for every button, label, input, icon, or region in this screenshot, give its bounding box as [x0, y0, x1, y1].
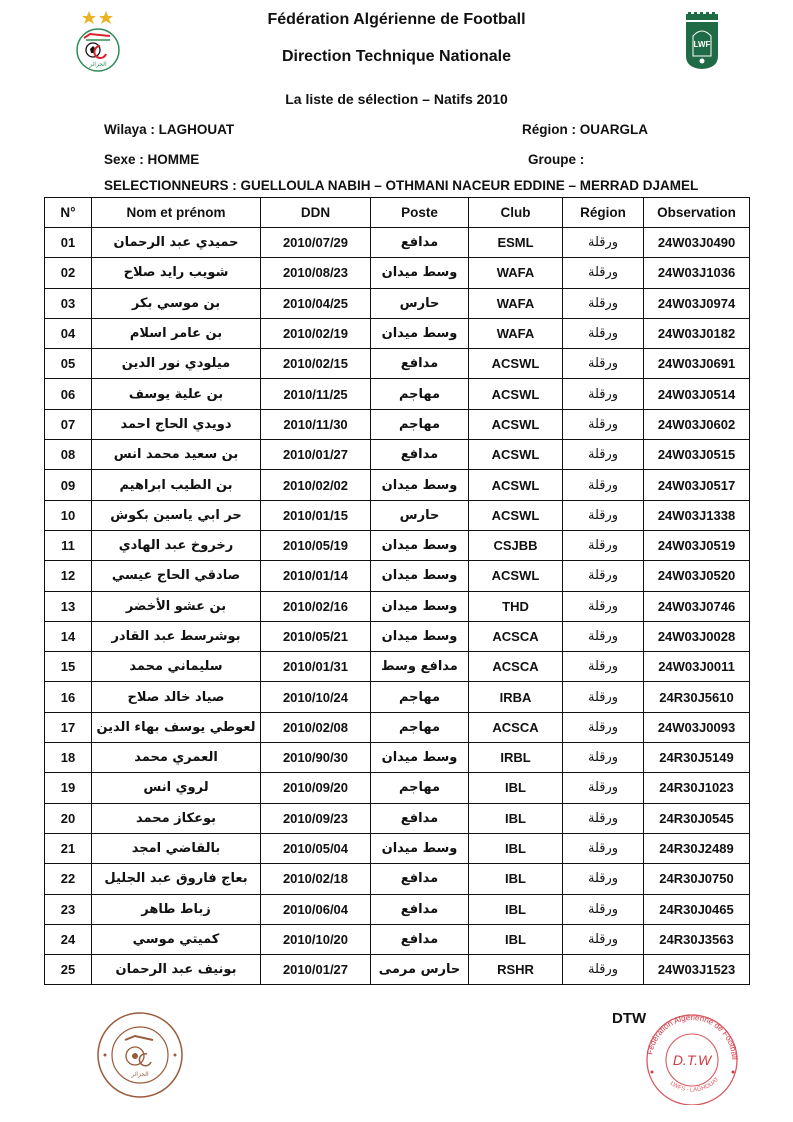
cell-ddn: 2010/90/30: [261, 743, 371, 773]
cell-ddn: 2010/05/19: [261, 530, 371, 560]
cell-name: صادقي الحاج عيسي: [92, 561, 261, 591]
cell-club: IBL: [469, 803, 563, 833]
cell-region: ورقلة: [563, 924, 644, 954]
cell-poste: مدافع: [371, 864, 469, 894]
cell-club: IRBL: [469, 743, 563, 773]
cell-observation: 24R30J2489: [644, 833, 750, 863]
cell-observation: 24R30J0465: [644, 894, 750, 924]
table-row: 11رخروخ عبد الهادي2010/05/19وسط ميدانCSJ…: [45, 530, 750, 560]
table-row: 25بونيف عبد الرحمان2010/01/27حارس مرمىRS…: [45, 955, 750, 985]
cell-ddn: 2010/02/16: [261, 591, 371, 621]
cell-observation: 24W03J0746: [644, 591, 750, 621]
cell-ddn: 2010/01/14: [261, 561, 371, 591]
cell-club: THD: [469, 591, 563, 621]
cell-ddn: 2010/08/23: [261, 258, 371, 288]
cell-number: 22: [45, 864, 92, 894]
cell-name: بالقاضي امجد: [92, 833, 261, 863]
cell-name: حر ابي ياسين بكوش: [92, 500, 261, 530]
cell-observation: 24W03J0974: [644, 288, 750, 318]
cell-poste: مدافع: [371, 349, 469, 379]
column-header-region: Région: [563, 198, 644, 228]
cell-region: ورقلة: [563, 288, 644, 318]
cell-club: ACSWL: [469, 470, 563, 500]
cell-name: بن عشو الأخضر: [92, 591, 261, 621]
cell-poste: مهاجم: [371, 712, 469, 742]
cell-observation: 24W03J0093: [644, 712, 750, 742]
cell-region: ورقلة: [563, 228, 644, 258]
table-row: 21بالقاضي امجد2010/05/04وسط ميدانIBLورقل…: [45, 833, 750, 863]
cell-number: 06: [45, 379, 92, 409]
cell-poste: حارس: [371, 288, 469, 318]
table-row: 14بوشرسط عبد القادر2010/05/21وسط ميدانAC…: [45, 621, 750, 651]
federation-title: Fédération Algérienne de Football: [0, 11, 793, 29]
cell-ddn: 2010/05/04: [261, 833, 371, 863]
table-row: 16صياد خالد صلاح2010/10/24مهاجمIRBAورقلة…: [45, 682, 750, 712]
table-row: 02شويب رايد صلاح2010/08/23وسط ميدانWAFAو…: [45, 258, 750, 288]
cell-name: بن عامر اسلام: [92, 318, 261, 348]
cell-ddn: 2010/02/02: [261, 470, 371, 500]
cell-observation: 24W03J1523: [644, 955, 750, 985]
cell-name: لروي انس: [92, 773, 261, 803]
cell-ddn: 2010/02/15: [261, 349, 371, 379]
cell-number: 25: [45, 955, 92, 985]
cell-club: ACSCA: [469, 712, 563, 742]
cell-name: بن موسي بكر: [92, 288, 261, 318]
cell-observation: 24R30J1023: [644, 773, 750, 803]
cell-region: ورقلة: [563, 349, 644, 379]
table-row: 09بن الطيب ابراهيم2010/02/02وسط ميدانACS…: [45, 470, 750, 500]
cell-region: ورقلة: [563, 712, 644, 742]
cell-club: WAFA: [469, 258, 563, 288]
cell-club: ACSWL: [469, 500, 563, 530]
table-row: 13بن عشو الأخضر2010/02/16وسط ميدانTHDورق…: [45, 591, 750, 621]
cell-ddn: 2010/07/29: [261, 228, 371, 258]
cell-club: IBL: [469, 833, 563, 863]
cell-name: شويب رايد صلاح: [92, 258, 261, 288]
cell-number: 18: [45, 743, 92, 773]
cell-number: 14: [45, 621, 92, 651]
cell-number: 08: [45, 440, 92, 470]
cell-poste: وسط ميدان: [371, 561, 469, 591]
selection-table: N° Nom et prénom DDN Poste Club Région O…: [44, 197, 750, 985]
cell-region: ورقلة: [563, 409, 644, 439]
cell-number: 24: [45, 924, 92, 954]
cell-name: بن علية يوسف: [92, 379, 261, 409]
table-row: 07دويدي الحاج احمد2010/11/30مهاجمACSWLور…: [45, 409, 750, 439]
cell-region: ورقلة: [563, 743, 644, 773]
cell-ddn: 2010/01/27: [261, 955, 371, 985]
region-label: Région : OUARGLA: [522, 122, 648, 137]
cell-name: كميتي موسي: [92, 924, 261, 954]
cell-poste: مدافع: [371, 440, 469, 470]
cell-region: ورقلة: [563, 470, 644, 500]
sexe-label: Sexe : HOMME: [104, 152, 199, 167]
cell-observation: 24W03J0691: [644, 349, 750, 379]
cell-observation: 24W03J0515: [644, 440, 750, 470]
cell-club: IBL: [469, 924, 563, 954]
cell-observation: 24W03J0011: [644, 652, 750, 682]
dtw-stamp: Fédération Algérienne de Football D.T.W …: [640, 1010, 745, 1105]
cell-ddn: 2010/05/21: [261, 621, 371, 651]
cell-name: سليماني محمد: [92, 652, 261, 682]
column-header-club: Club: [469, 198, 563, 228]
list-title: La liste de sélection – Natifs 2010: [0, 91, 793, 107]
cell-name: بن الطيب ابراهيم: [92, 470, 261, 500]
dtw-stamp-seal-icon: Fédération Algérienne de Football D.T.W …: [640, 1010, 745, 1105]
table-row: 10حر ابي ياسين بكوش2010/01/15حارسACSWLور…: [45, 500, 750, 530]
cell-observation: 24W03J0519: [644, 530, 750, 560]
cell-poste: مهاجم: [371, 379, 469, 409]
cell-number: 20: [45, 803, 92, 833]
cell-ddn: 2010/09/23: [261, 803, 371, 833]
cell-ddn: 2010/10/20: [261, 924, 371, 954]
cell-club: ACSCA: [469, 621, 563, 651]
cell-ddn: 2010/11/25: [261, 379, 371, 409]
cell-club: ACSWL: [469, 409, 563, 439]
table-row: 06بن علية يوسف2010/11/25مهاجمACSWLورقلة2…: [45, 379, 750, 409]
cell-poste: مدافع وسط: [371, 652, 469, 682]
table-row: 23زباط طاهر2010/06/04مدافعIBLورقلة24R30J…: [45, 894, 750, 924]
cell-observation: 24W03J1338: [644, 500, 750, 530]
cell-poste: وسط ميدان: [371, 318, 469, 348]
cell-ddn: 2010/01/31: [261, 652, 371, 682]
table-row: 17لعوطي يوسف بهاء الدين2010/02/08مهاجمAC…: [45, 712, 750, 742]
cell-number: 11: [45, 530, 92, 560]
cell-number: 01: [45, 228, 92, 258]
table-row: 19لروي انس2010/09/20مهاجمIBLورقلة24R30J1…: [45, 773, 750, 803]
table-row: 03بن موسي بكر2010/04/25حارسWAFAورقلة24W0…: [45, 288, 750, 318]
cell-poste: مدافع: [371, 803, 469, 833]
cell-club: ACSWL: [469, 349, 563, 379]
cell-club: IRBA: [469, 682, 563, 712]
cell-observation: 24W03J0520: [644, 561, 750, 591]
table-row: 24كميتي موسي2010/10/20مدافعIBLورقلة24R30…: [45, 924, 750, 954]
cell-name: زباط طاهر: [92, 894, 261, 924]
cell-club: IBL: [469, 773, 563, 803]
cell-poste: مدافع: [371, 228, 469, 258]
cell-region: ورقلة: [563, 803, 644, 833]
cell-region: ورقلة: [563, 591, 644, 621]
selectionneurs-label: SELECTIONNEURS : GUELLOULA NABIH – OTHMA…: [104, 178, 698, 193]
groupe-label: Groupe :: [528, 152, 584, 167]
cell-number: 23: [45, 894, 92, 924]
cell-observation: 24W03J0182: [644, 318, 750, 348]
cell-club: ACSWL: [469, 440, 563, 470]
cell-number: 19: [45, 773, 92, 803]
cell-number: 09: [45, 470, 92, 500]
cell-ddn: 2010/01/15: [261, 500, 371, 530]
cell-name: رخروخ عبد الهادي: [92, 530, 261, 560]
wilaya-label: Wilaya : LAGHOUAT: [104, 122, 234, 137]
cell-number: 17: [45, 712, 92, 742]
cell-region: ورقلة: [563, 773, 644, 803]
table-row: 12صادقي الحاج عيسي2010/01/14وسط ميدانACS…: [45, 561, 750, 591]
cell-club: RSHR: [469, 955, 563, 985]
cell-region: ورقلة: [563, 258, 644, 288]
cell-poste: وسط ميدان: [371, 743, 469, 773]
cell-number: 02: [45, 258, 92, 288]
cell-name: دويدي الحاج احمد: [92, 409, 261, 439]
cell-club: ACSWL: [469, 561, 563, 591]
cell-name: حميدي عبد الرحمان: [92, 228, 261, 258]
cell-poste: وسط ميدان: [371, 591, 469, 621]
column-header-poste: Poste: [371, 198, 469, 228]
cell-name: بوشرسط عبد القادر: [92, 621, 261, 651]
cell-name: العمري محمد: [92, 743, 261, 773]
cell-poste: وسط ميدان: [371, 530, 469, 560]
cell-region: ورقلة: [563, 621, 644, 651]
cell-observation: 24W03J0490: [644, 228, 750, 258]
svg-text:LWFS - LAGHOUAT: LWFS - LAGHOUAT: [669, 1076, 721, 1093]
cell-observation: 24W03J0602: [644, 409, 750, 439]
column-header-ddn: DDN: [261, 198, 371, 228]
cell-region: ورقلة: [563, 864, 644, 894]
cell-ddn: 2010/02/18: [261, 864, 371, 894]
cell-observation: 24W03J0517: [644, 470, 750, 500]
table-row: 20بوعكاز محمد2010/09/23مدافعIBLورقلة24R3…: [45, 803, 750, 833]
cell-club: IBL: [469, 894, 563, 924]
cell-poste: وسط ميدان: [371, 833, 469, 863]
cell-number: 05: [45, 349, 92, 379]
column-header-observation: Observation: [644, 198, 750, 228]
cell-number: 07: [45, 409, 92, 439]
table-row: 01حميدي عبد الرحمان2010/07/29مدافعESMLور…: [45, 228, 750, 258]
cell-club: WAFA: [469, 318, 563, 348]
cell-ddn: 2010/01/27: [261, 440, 371, 470]
cell-poste: مهاجم: [371, 409, 469, 439]
table-row: 18العمري محمد2010/90/30وسط ميدانIRBLورقل…: [45, 743, 750, 773]
cell-club: ACSWL: [469, 379, 563, 409]
cell-observation: 24W03J0514: [644, 379, 750, 409]
cell-ddn: 2010/11/30: [261, 409, 371, 439]
cell-name: لعوطي يوسف بهاء الدين: [92, 712, 261, 742]
table-row: 15سليماني محمد2010/01/31مدافع وسطACSCAور…: [45, 652, 750, 682]
table-row: 22بعاج فاروق عبد الجليل2010/02/18مدافعIB…: [45, 864, 750, 894]
cell-club: ACSCA: [469, 652, 563, 682]
cell-ddn: 2010/10/24: [261, 682, 371, 712]
cell-name: بونيف عبد الرحمان: [92, 955, 261, 985]
cell-club: ESML: [469, 228, 563, 258]
stamp-seal-icon: الجزائر: [95, 1010, 185, 1100]
cell-poste: وسط ميدان: [371, 621, 469, 651]
cell-observation: 24R30J3563: [644, 924, 750, 954]
cell-number: 03: [45, 288, 92, 318]
cell-number: 13: [45, 591, 92, 621]
cell-observation: 24W03J1036: [644, 258, 750, 288]
cell-region: ورقلة: [563, 440, 644, 470]
cell-club: WAFA: [469, 288, 563, 318]
cell-number: 04: [45, 318, 92, 348]
cell-region: ورقلة: [563, 652, 644, 682]
cell-ddn: 2010/02/08: [261, 712, 371, 742]
cell-region: ورقلة: [563, 894, 644, 924]
cell-number: 15: [45, 652, 92, 682]
cell-poste: مهاجم: [371, 773, 469, 803]
table-row: 04بن عامر اسلام2010/02/19وسط ميدانWAFAور…: [45, 318, 750, 348]
cell-observation: 24R30J5610: [644, 682, 750, 712]
cell-poste: وسط ميدان: [371, 258, 469, 288]
cell-region: ورقلة: [563, 500, 644, 530]
cell-number: 12: [45, 561, 92, 591]
table-row: 05ميلودي نور الدين2010/02/15مدافعACSWLور…: [45, 349, 750, 379]
cell-poste: مهاجم: [371, 682, 469, 712]
cell-region: ورقلة: [563, 379, 644, 409]
cell-number: 16: [45, 682, 92, 712]
table-row: 08بن سعيد محمد انس2010/01/27مدافعACSWLور…: [45, 440, 750, 470]
cell-number: 21: [45, 833, 92, 863]
table-header-row: N° Nom et prénom DDN Poste Club Région O…: [45, 198, 750, 228]
cell-region: ورقلة: [563, 833, 644, 863]
cell-name: بن سعيد محمد انس: [92, 440, 261, 470]
column-header-name: Nom et prénom: [92, 198, 261, 228]
cell-poste: مدافع: [371, 924, 469, 954]
cell-region: ورقلة: [563, 530, 644, 560]
cell-ddn: 2010/04/25: [261, 288, 371, 318]
cell-number: 10: [45, 500, 92, 530]
direction-title: Direction Technique Nationale: [0, 48, 793, 66]
cell-observation: 24W03J0028: [644, 621, 750, 651]
cell-name: بعاج فاروق عبد الجليل: [92, 864, 261, 894]
cell-poste: حارس مرمى: [371, 955, 469, 985]
svg-text:D.T.W: D.T.W: [673, 1052, 713, 1068]
lwf-laghouat-stamp: الجزائر: [95, 1010, 185, 1100]
column-header-number: N°: [45, 198, 92, 228]
cell-region: ورقلة: [563, 318, 644, 348]
cell-observation: 24R30J0545: [644, 803, 750, 833]
cell-poste: وسط ميدان: [371, 470, 469, 500]
cell-region: ورقلة: [563, 682, 644, 712]
cell-observation: 24R30J0750: [644, 864, 750, 894]
cell-region: ورقلة: [563, 955, 644, 985]
cell-poste: مدافع: [371, 894, 469, 924]
cell-club: CSJBB: [469, 530, 563, 560]
cell-name: صياد خالد صلاح: [92, 682, 261, 712]
cell-ddn: 2010/02/19: [261, 318, 371, 348]
cell-club: IBL: [469, 864, 563, 894]
cell-name: بوعكاز محمد: [92, 803, 261, 833]
cell-name: ميلودي نور الدين: [92, 349, 261, 379]
cell-ddn: 2010/09/20: [261, 773, 371, 803]
cell-observation: 24R30J5149: [644, 743, 750, 773]
svg-text:الجزائر: الجزائر: [130, 1071, 149, 1078]
cell-region: ورقلة: [563, 561, 644, 591]
cell-ddn: 2010/06/04: [261, 894, 371, 924]
cell-poste: حارس: [371, 500, 469, 530]
